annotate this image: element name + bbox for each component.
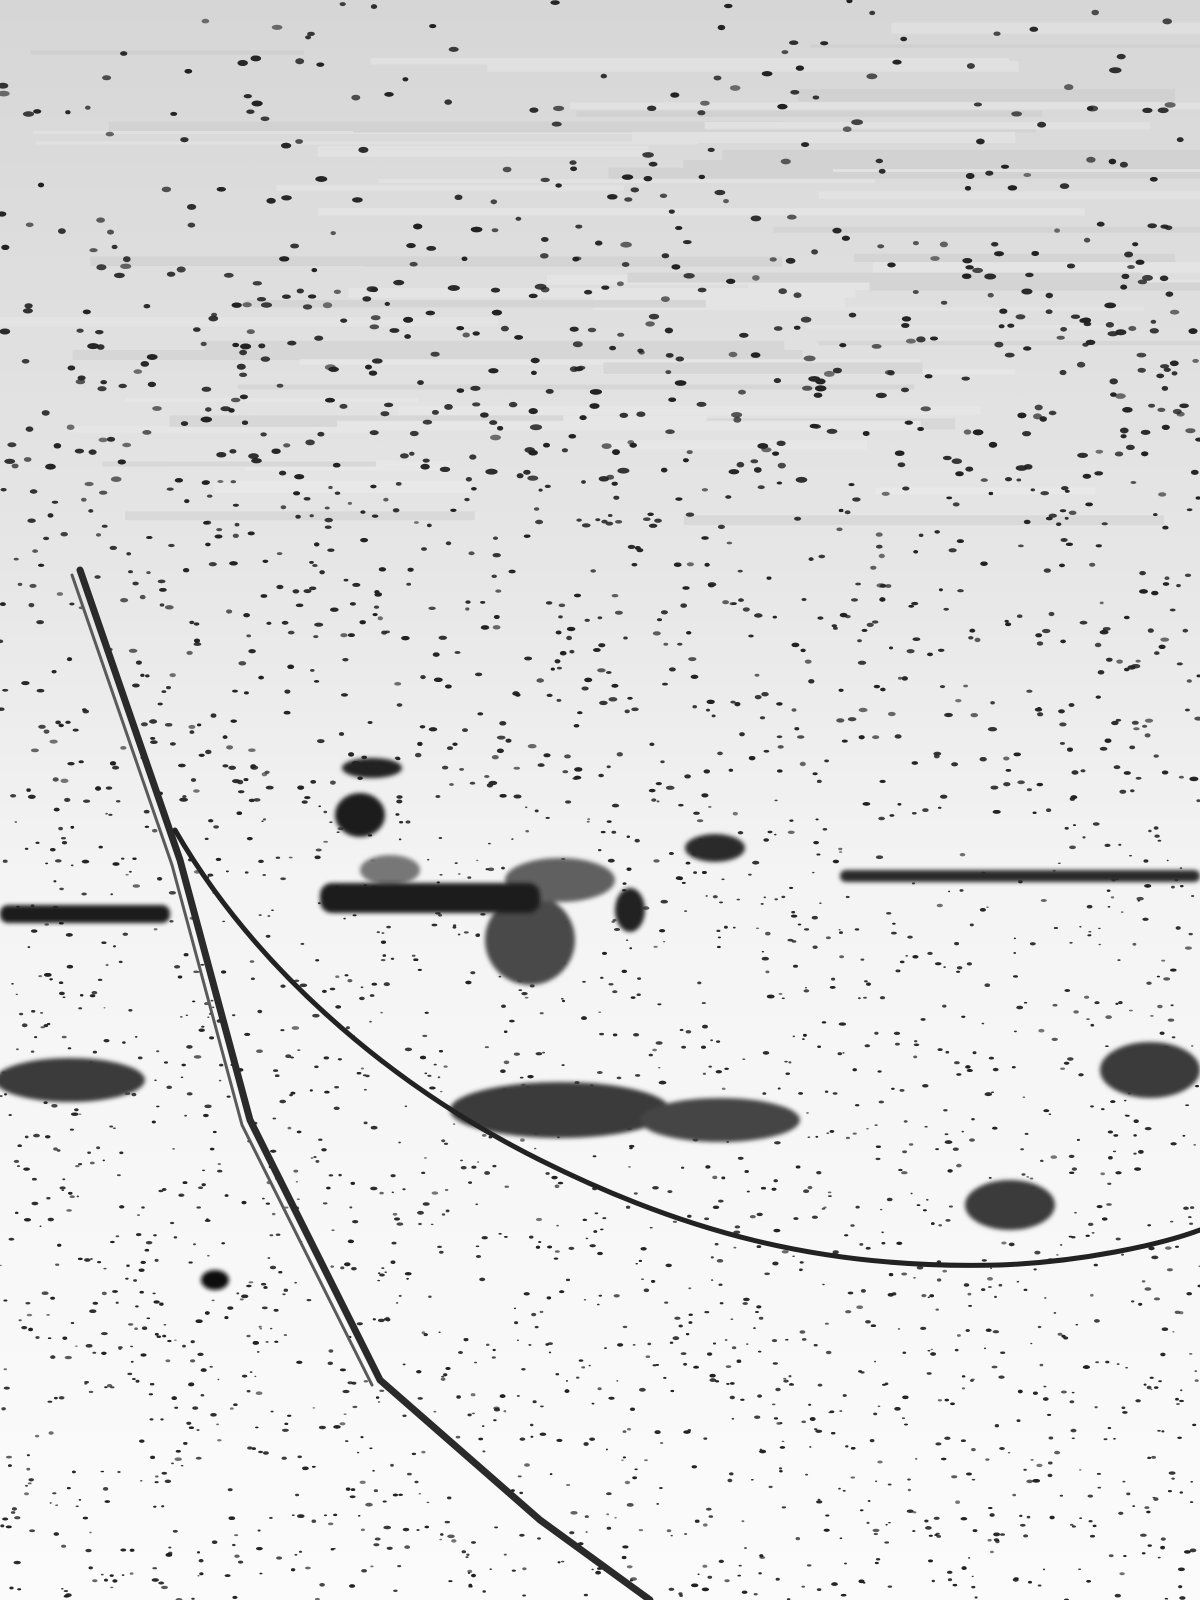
aerial-landscape-image <box>0 0 1200 1600</box>
